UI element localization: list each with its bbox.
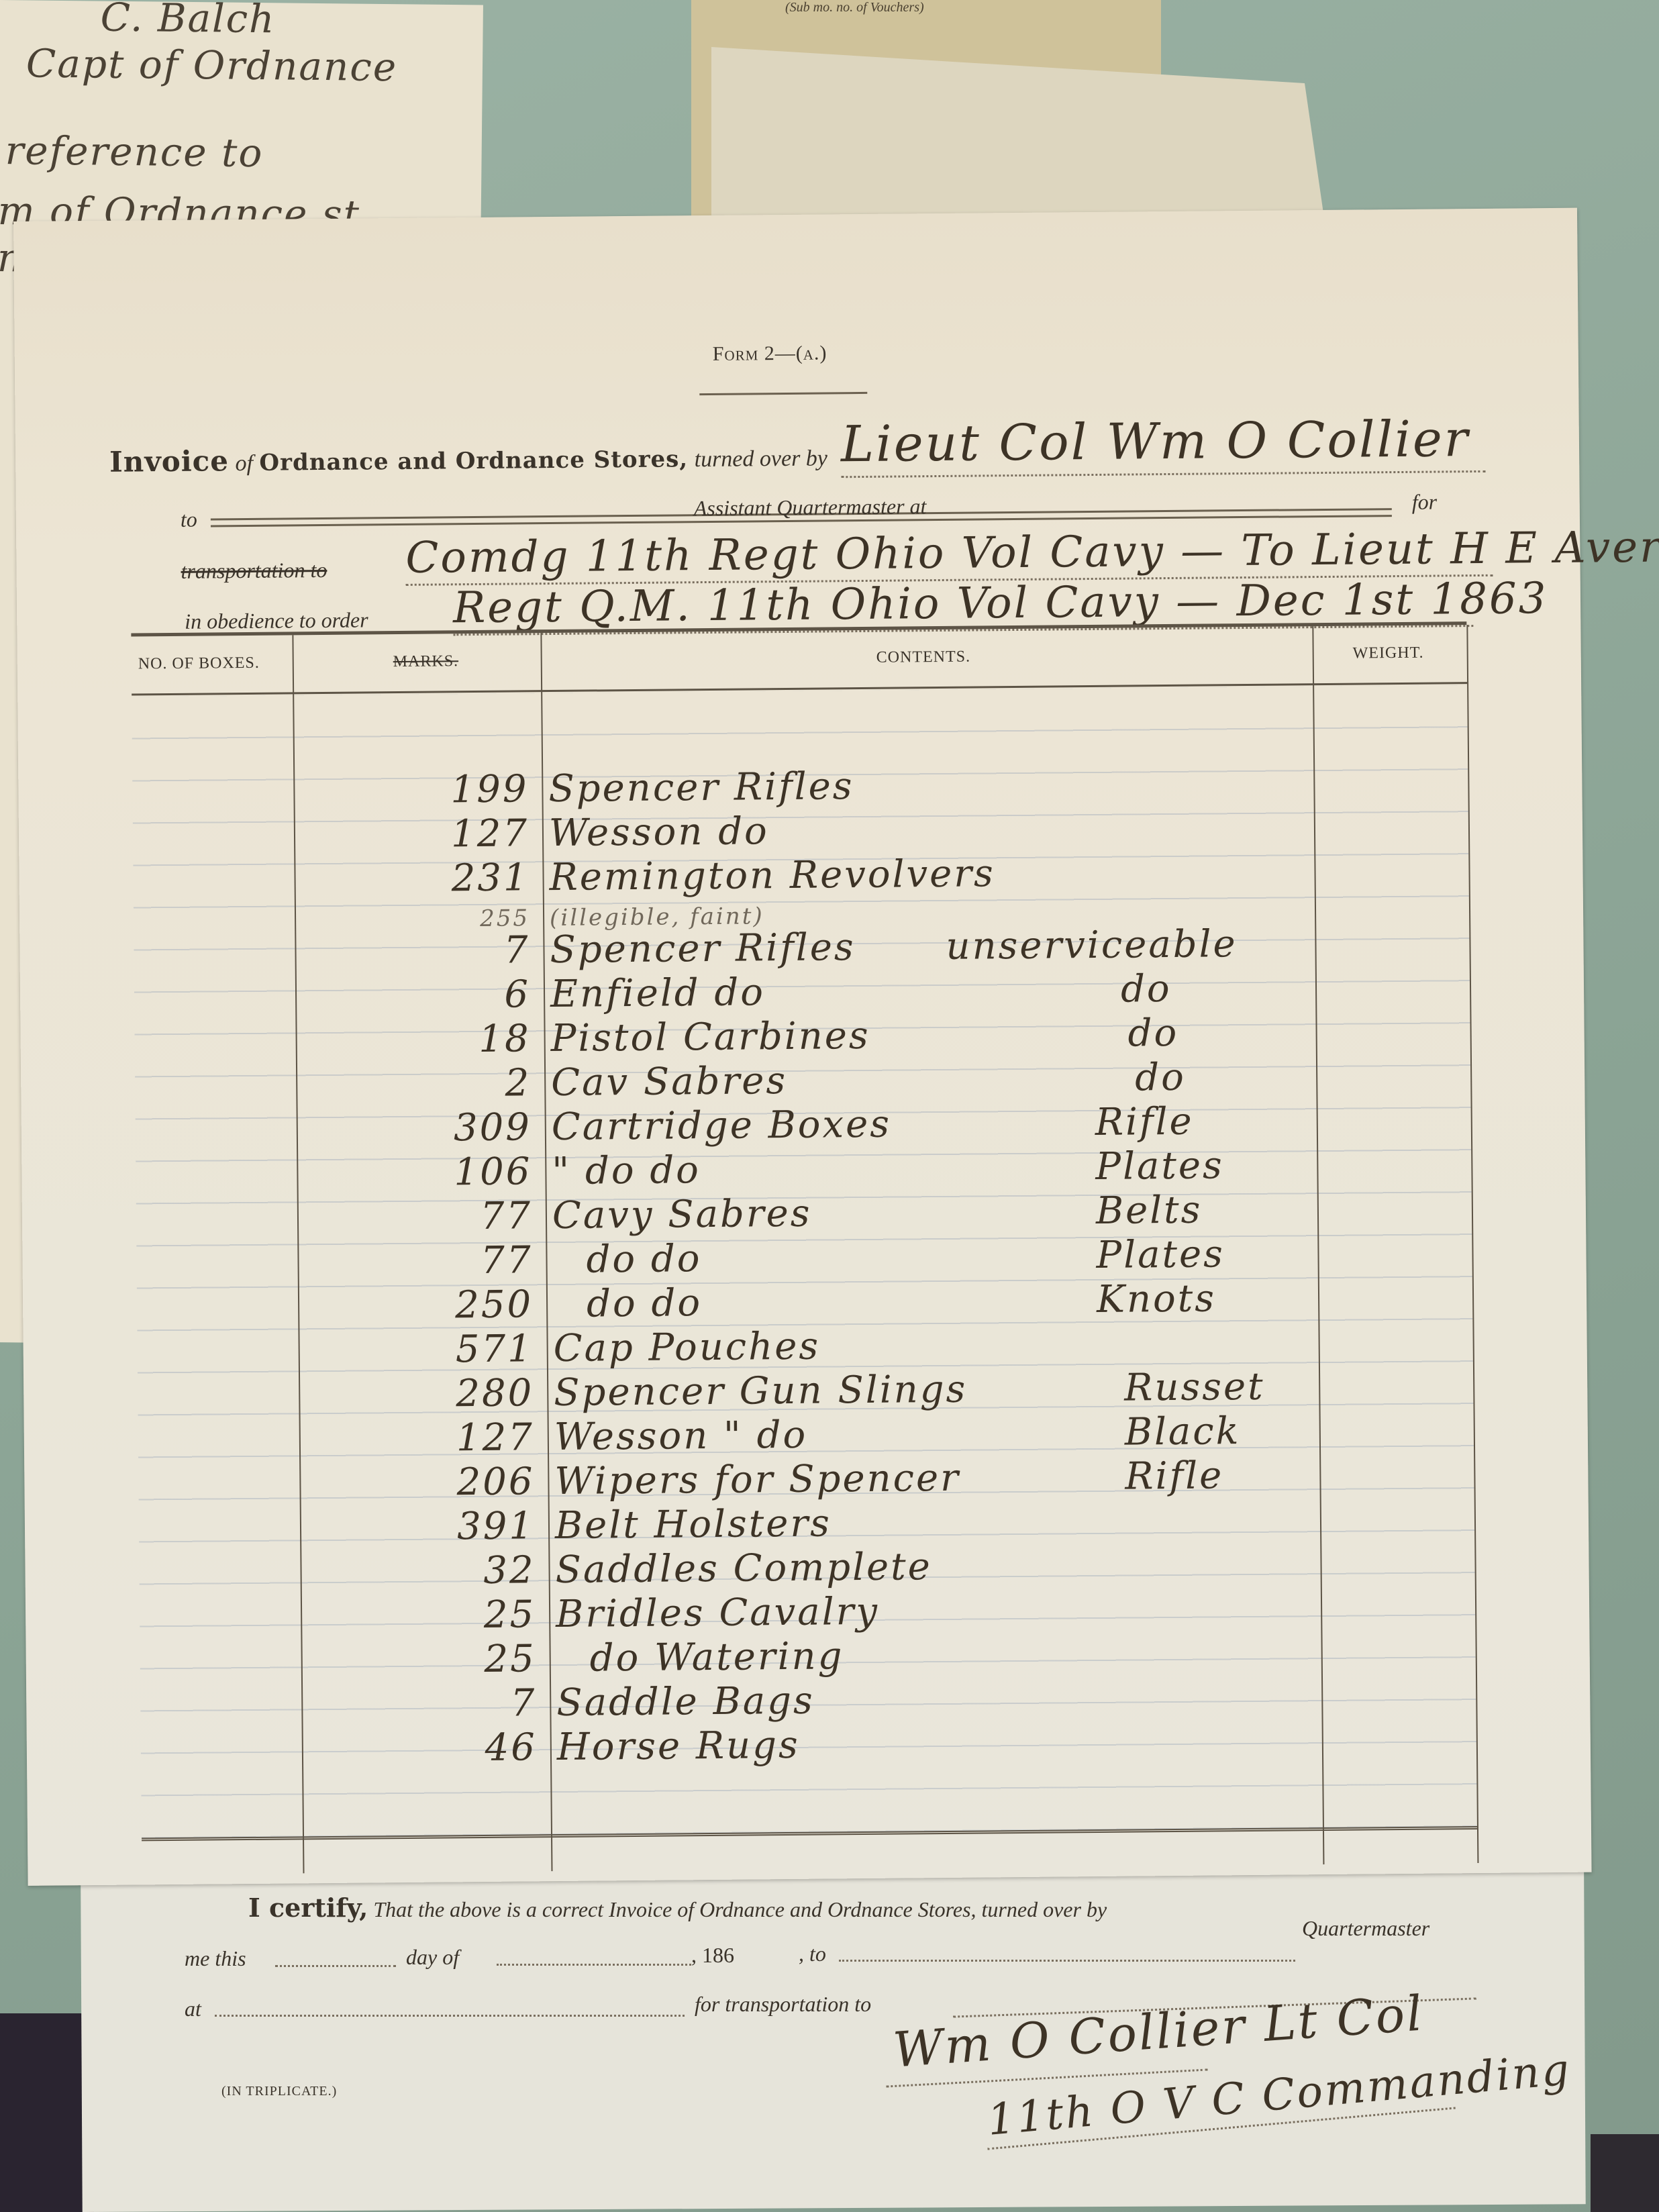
certificate-text: I certify, That the above is a correct I… [248,1893,1107,1923]
header-weight: WEIGHT. [1353,644,1424,663]
row-item: Cap Pouches [553,1325,820,1370]
label-at: at [185,1997,201,2021]
row-item: do do [587,1281,702,1325]
certify-lead: I certify, [248,1893,368,1923]
row-item: " do do [552,1148,701,1193]
row-item: Bridles Cavalry [556,1590,879,1636]
in-triplicate-note: (IN TRIPLICATE.) [221,2084,337,2099]
row-item: Spencer Rifles [550,925,856,972]
label-for: for [1412,490,1438,515]
row-item: Wipers for Spencer [554,1456,960,1503]
row-note: do [1135,1056,1186,1100]
row-item: Enfield do [550,970,765,1016]
label-day-of: day of [406,1945,459,1970]
label-me-this: me this [185,1946,246,1971]
row-qty: 7 [402,1681,537,1726]
row-qty: 2 [397,1061,532,1106]
row-item: Belt Holsters [555,1501,832,1548]
row-note: Belts [1096,1189,1203,1233]
row-qty: 106 [397,1150,532,1195]
recipient-field[interactable] [839,1960,1295,1962]
row-note: Rifle [1125,1454,1223,1498]
row-note: unserviceable [946,922,1238,968]
row-item: Cav Sabres [551,1059,787,1105]
row-qty: 280 [399,1371,534,1416]
row-item: do Watering [589,1634,844,1680]
title-invoice: Invoice [109,444,229,479]
label-transportation-struck: transportation to [181,558,327,584]
row-item: do do [586,1237,701,1281]
month-field[interactable] [497,1964,691,1966]
row-note: Plates [1096,1232,1225,1277]
header-marks: MARKS. [393,652,459,671]
location-field[interactable] [215,2015,685,2017]
label-assistant-qm: Assistant Quartermaster at [694,494,927,521]
row-item: Spencer Gun Slings [554,1368,968,1415]
label-quartermaster: Quartermaster [1302,1916,1429,1941]
divider [699,392,867,395]
row-qty: 571 [399,1327,534,1372]
row-note: Black [1125,1409,1241,1454]
row-qty: 46 [403,1725,538,1770]
row-item: Spencer Rifles [548,764,854,811]
title-main: Ordnance and Ordnance Stores, [259,446,688,476]
row-item: Wesson " do [554,1413,808,1459]
row-qty: 77 [398,1194,533,1239]
letter-line: C. Balch [100,0,275,42]
certify-body: That the above is a correct Invoice of O… [373,1897,1107,1921]
turned-over-by-field[interactable]: Lieut Col Wm O Collier [841,410,1470,473]
label-year: , 186 [691,1943,734,1968]
label-to: , to [799,1942,826,1966]
header-no-of-boxes: NO. OF BOXES. [138,654,260,674]
row-qty: 206 [400,1460,535,1505]
title-turned-over: turned over by [695,446,828,472]
row-item: Horse Rugs [557,1723,800,1769]
row-note: do [1121,967,1172,1011]
row-qty: 77 [398,1238,533,1283]
row-qty: 32 [401,1548,536,1593]
letter-line: Capt of Ordnance [26,40,398,90]
row-note: Russet [1124,1365,1265,1410]
row-qty: 127 [395,811,530,856]
header-contents: CONTENTS. [876,648,971,667]
title-of: of [235,451,253,476]
row-qty: 231 [395,856,530,901]
row-item: Saddles Complete [555,1545,932,1592]
label-for-transportation: for transportation to [695,1992,871,2017]
book-caption: (Sub mo. no. of Vouchers) [785,0,924,15]
row-item: Wesson do [549,809,769,855]
invoice-form: Form 2—(a.) Invoice of Ordnance and Ordn… [13,208,1592,1886]
form-number: Form 2—(a.) [713,342,827,365]
row-qty: 18 [396,1017,531,1062]
form-title: Invoice of Ordnance and Ordnance Stores,… [109,439,827,478]
row-note: Rifle [1095,1100,1193,1144]
row-qty: 7 [395,928,530,973]
row-qty: 391 [401,1504,536,1549]
dark-corner [0,2013,94,2212]
row-note: Plates [1095,1144,1224,1189]
day-field[interactable] [275,1965,396,1967]
row-note: do [1127,1011,1178,1056]
row-qty: 25 [401,1637,536,1682]
letter-line: reference to [5,128,263,176]
label-to: to [181,507,197,532]
row-qty: 6 [396,972,531,1017]
row-qty: 309 [397,1105,532,1150]
row-note: Knots [1097,1276,1216,1321]
dark-corner-right [1591,2134,1659,2212]
row-item: Remington Revolvers [549,852,995,899]
row-item: Cartridge Boxes [552,1103,892,1149]
row-qty: 250 [399,1283,534,1327]
label-obedience-order: in obedience to order [185,607,368,634]
row-qty: 25 [401,1593,536,1638]
row-qty: 199 [394,767,529,812]
row-item: Pistol Carbines [550,1014,870,1060]
row-item: Saddle Bags [556,1679,815,1725]
row-qty: 127 [400,1415,535,1460]
row-item: Cavy Sabres [552,1192,812,1238]
